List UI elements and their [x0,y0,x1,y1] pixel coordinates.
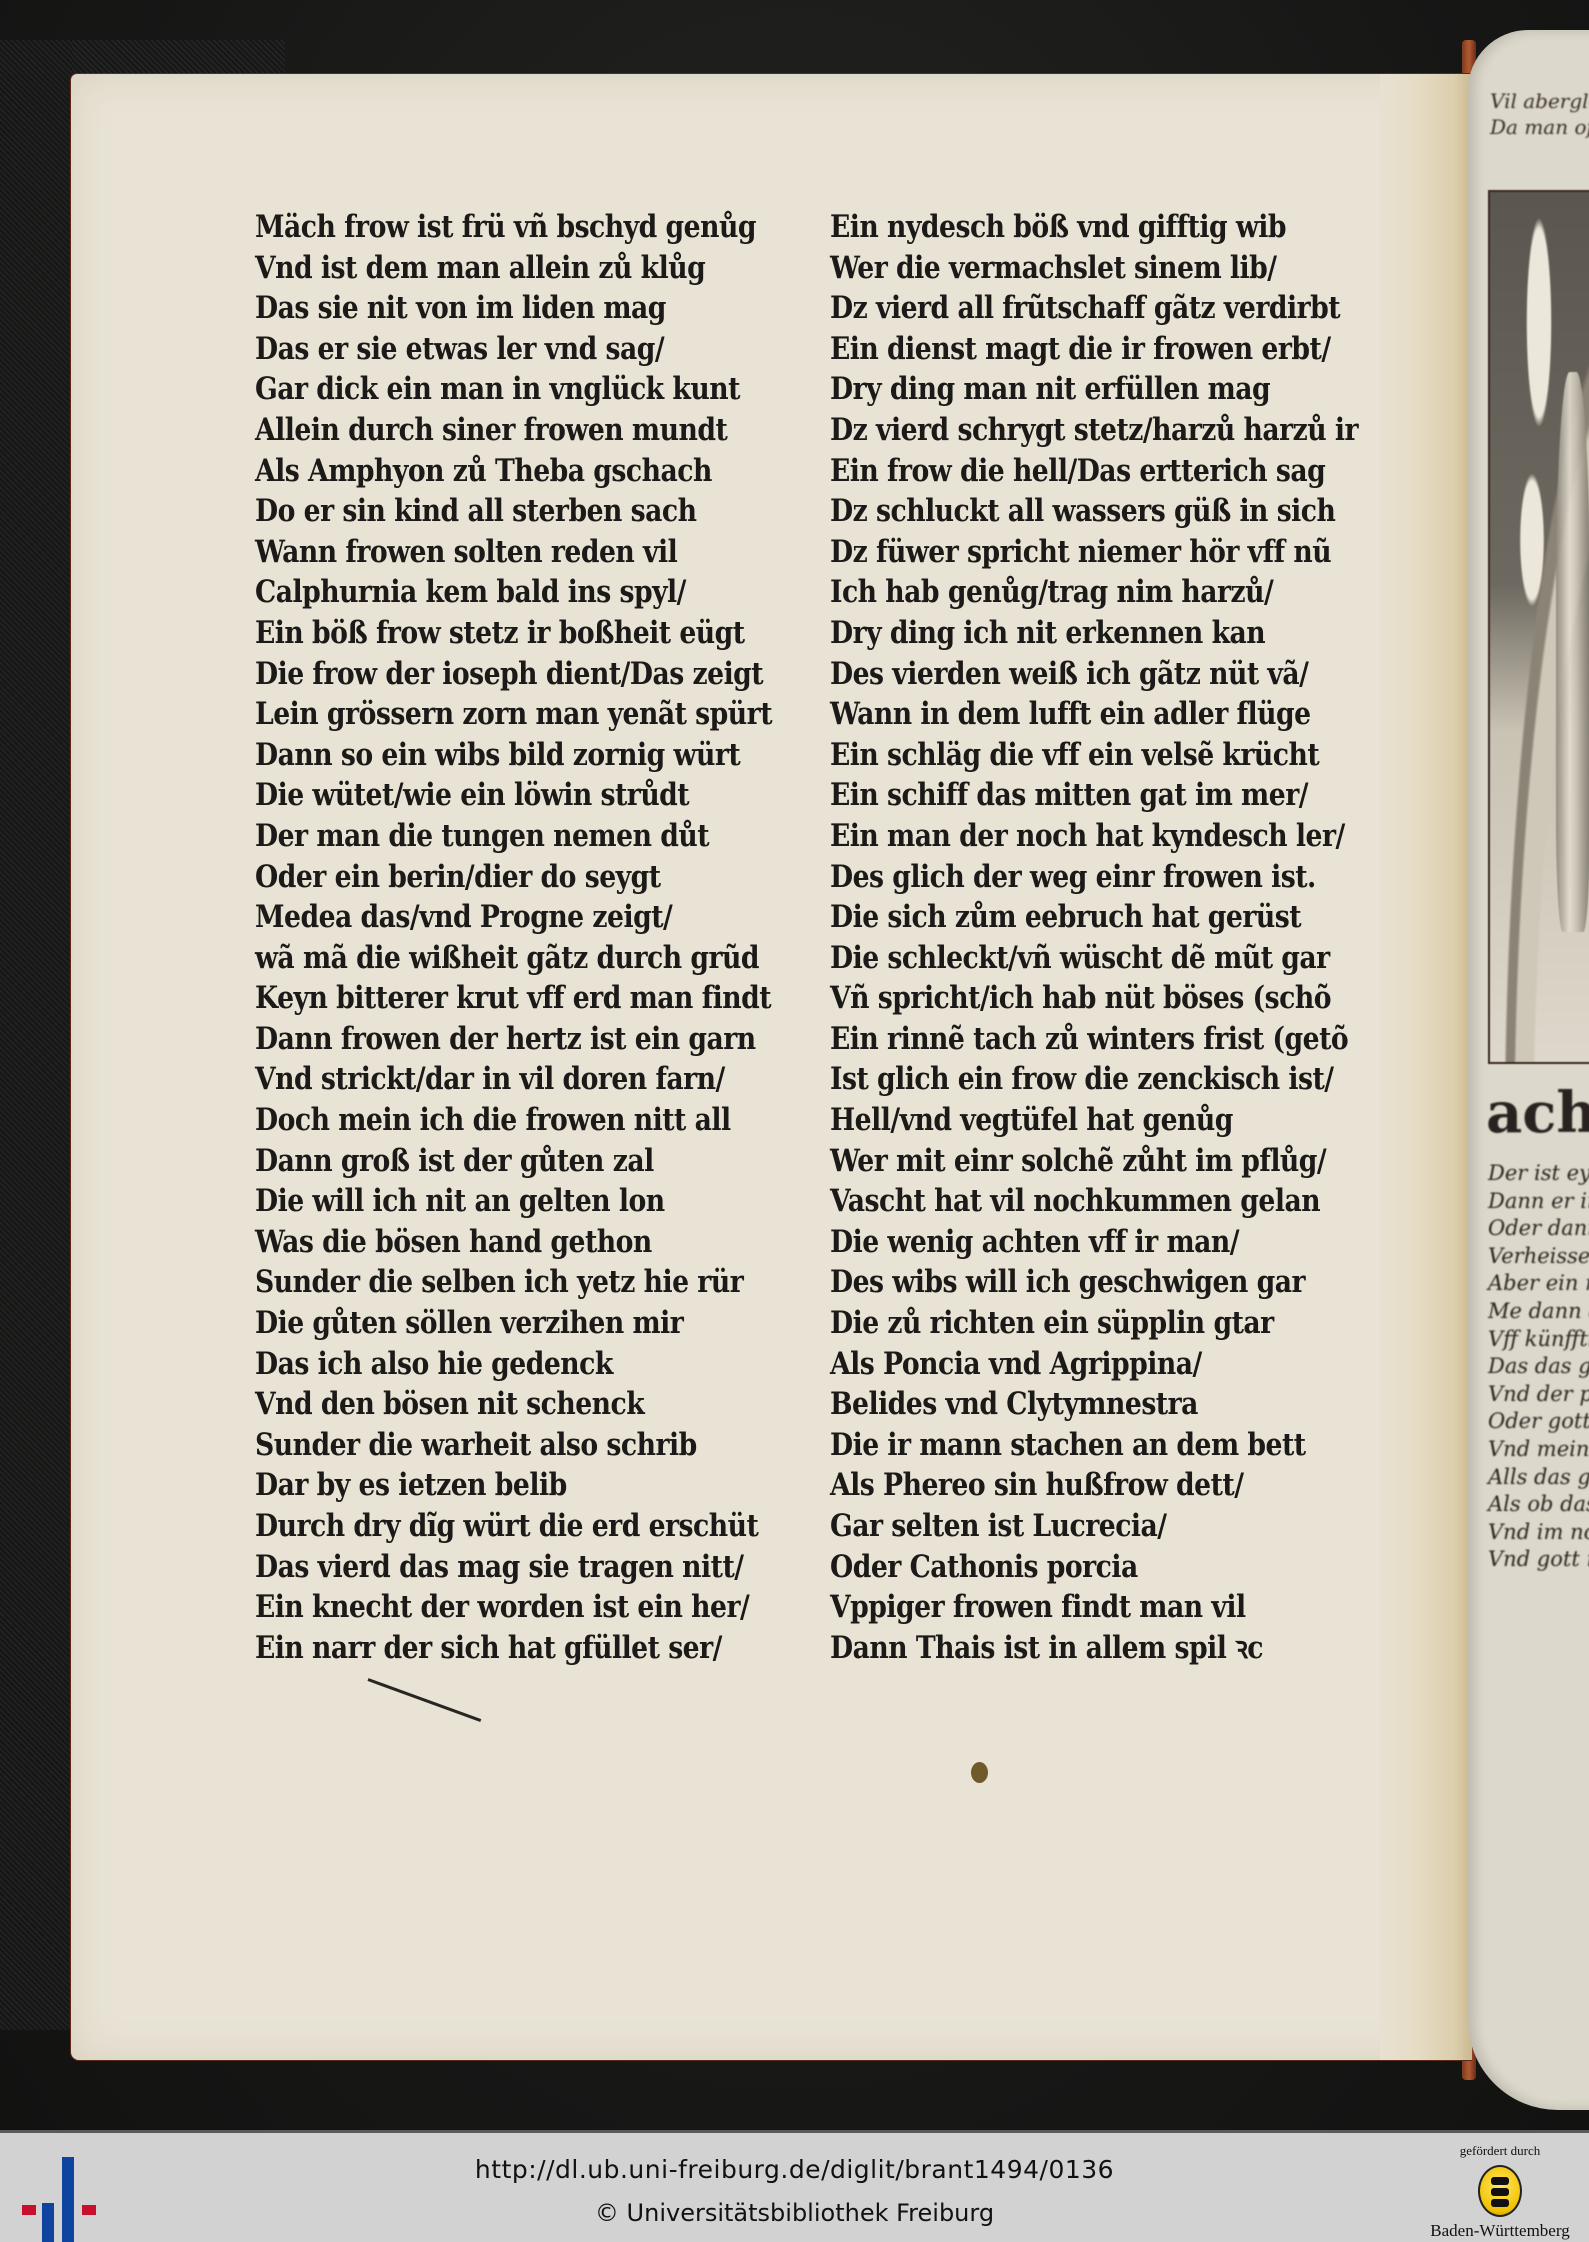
facing-page-recto: Vil abergle… Da man offe… achtũg Der ist… [1468,30,1589,2110]
verse-line: Hell/vnd vegtüfel hat genůg [830,1100,1358,1141]
verse-line: Ein rinnẽ tach zů winters frist (getõ [830,1019,1358,1060]
verse-line: Allein durch siner frowen mundt [255,410,772,451]
verse-line: Die frow der ioseph dient/Das zeigt [255,654,772,695]
verse-line: wã mã die wißheit gãtz durch grũd [255,938,772,979]
facing-line: Me dann all… [1488,1298,1589,1326]
facing-heading-line: Da man offe… [1490,114,1589,140]
verse-line: Dry ding man nit erfüllen mag [830,369,1358,410]
verse-line: Ein böß frow stetz ir boßheit eügt [255,613,772,654]
verse-line: Was die bösen hand gethon [255,1222,772,1263]
verse-line: Ein narr der sich hat gfüllet ser/ [255,1628,772,1669]
facing-page-heading: Vil abergle… Da man offe… [1490,88,1589,140]
verse-line: Vnd strickt/dar in vil doren farn/ [255,1059,772,1100]
verse-line: Dann frowen der hertz ist ein garn [255,1019,772,1060]
verse-line: Die schleckt/vñ wüscht dẽ mũt gar [830,938,1358,979]
verse-line: Dz schluckt all wassers güß in sich [830,491,1358,532]
verse-line: Keyn bitterer krut vff erd man findt [255,978,772,1019]
verse-line: Dz vierd all frũtschaff gãtz verdirbt [830,288,1358,329]
verse-line: Des wibs will ich geschwigen gar [830,1262,1358,1303]
verse-line: Ist glich ein frow die zenckisch ist/ [830,1059,1358,1100]
verse-line: Ich hab genůg/trag nim harzů/ [830,572,1358,613]
verse-line: Die will ich nit an gelten lon [255,1181,772,1222]
facing-line: Vnd meinen… [1488,1436,1589,1464]
facing-line: Vnd gott nit… [1488,1546,1589,1574]
verse-line: Durch dry dĩg würt die erd erschüt [255,1506,772,1547]
verse-line: Wann frowen solten reden vil [255,532,772,573]
facing-line: Vnd der pla… [1488,1381,1589,1409]
verse-line: Do er sin kind all sterben sach [255,491,772,532]
verse-line: Die zů richten ein süpplin gtar [830,1303,1358,1344]
verse-line: Ein man der noch hat kyndesch ler/ [830,816,1358,857]
verse-line: Das vierd das mag sie tragen nitt/ [255,1547,772,1588]
verse-line: Vascht hat vil nochkummen gelan [830,1181,1358,1222]
verse-line: Der man die tungen nemen důt [255,816,772,857]
facing-line: Das das ge… [1488,1353,1589,1381]
verse-line: Die wenig achten vff ir man/ [830,1222,1358,1263]
facing-page-title: achtũg [1486,1080,1589,1146]
verse-line: Oder Cathonis porcia [830,1547,1358,1588]
verse-line: Dann groß ist der gůten zal [255,1141,772,1182]
woodcut-illustration [1488,190,1589,1064]
verse-line: Lein grössern zorn man yenãt spürt [255,694,772,735]
facing-line: Vnd im noch… [1488,1519,1589,1547]
verse-line: Vnd den bösen nit schenck [255,1384,772,1425]
verse-line: Ein schläg die vff ein velsẽ krücht [830,735,1358,776]
verse-line: Doch mein ich die frowen nitt all [255,1100,772,1141]
facing-heading-line: Vil abergle… [1490,88,1589,114]
sponsor-name: Baden-Württemberg [1420,2221,1580,2241]
facing-line: Als ob das g… [1488,1491,1589,1519]
facing-line: Oder gott im… [1488,1408,1589,1436]
sponsor-block[interactable]: gefördert durch Baden-Württemberg [1420,2143,1580,2241]
verse-line: Als Amphyon zů Theba gschach [255,451,772,492]
verse-line: Belides vnd Clytymnestra [830,1384,1358,1425]
verse-line: Ein knecht der worden ist ein her/ [255,1587,772,1628]
verse-line: Sunder die warheit also schrib [255,1425,772,1466]
facing-page-text: Der ist eyn na…Dann er in fr…Oder dann e… [1488,1160,1589,1574]
verse-line: Ein schiff das mitten gat im mer/ [830,775,1358,816]
woodcut-tree [1556,372,1589,932]
verse-line: Die sich zům eebruch hat gerüst [830,897,1358,938]
verse-line: Die ir mann stachen an dem bett [830,1425,1358,1466]
verse-line: Als Phereo sin hußfrow dett/ [830,1465,1358,1506]
facing-line: Der ist eyn na… [1488,1160,1589,1188]
text-column-right: Ein nydesch böß vnd gifftig wibWer die v… [830,207,1444,1668]
verse-line: Dz vierd schrygt stetz/harzů harzů ir [830,410,1358,451]
verse-line: Dann Thais ist in allem spil ꝛc [830,1628,1358,1669]
verse-line: Gar selten ist Lucrecia/ [830,1506,1358,1547]
verse-line: Dry ding ich nit erkennen kan [830,613,1358,654]
verse-line: Wann in dem lufft ein adler flüge [830,694,1358,735]
verse-line: Die wütet/wie ein löwin strůdt [255,775,772,816]
facing-line: Dann er in fr… [1488,1188,1589,1216]
copyright-text: © Universitätsbibliothek Freiburg [0,2199,1589,2227]
coat-of-arms-icon [1478,2165,1522,2217]
verse-line: Sunder die selben ich yetz hie rür [255,1262,772,1303]
viewer-footer: http://dl.ub.uni-freiburg.de/diglit/bran… [0,2130,1589,2242]
facing-line: Aber ein narr… [1488,1270,1589,1298]
paper-stain [971,1762,988,1783]
verse-line: Des glich der weg einr frowen ist. [830,857,1358,898]
verse-line: Medea das/vnd Progne zeigt/ [255,897,772,938]
facing-line: Oder dann er… [1488,1215,1589,1243]
sponsor-label: gefördert durch [1420,2143,1580,2159]
verse-line: Dar by es ietzen belib [255,1465,772,1506]
verse-line: Calphurnia kem bald ins spyl/ [255,572,772,613]
verse-line: Vñ spricht/ich hab nüt böses (schõ [830,978,1358,1019]
verse-line: Ein dienst magt die ir frowen erbt/ [830,329,1358,370]
verse-line: Des vierden weiß ich gãtz nüt vã/ [830,654,1358,695]
verse-line: Das er sie etwas ler vnd sag/ [255,329,772,370]
verse-line: Dz füwer spricht niemer hör vff nũ [830,532,1358,573]
verse-line: Mäch frow ist frü vñ bschyd genůg [255,207,772,248]
verse-line: Vnd ist dem man allein zů klůg [255,248,772,289]
book-cover-cloth-left [0,40,72,2030]
facing-line: Vff künfftig… [1488,1326,1589,1354]
verse-line: Wer die vermachslet sinem lib/ [830,248,1358,289]
verse-line: Die gůten söllen verzihen mir [255,1303,772,1344]
verse-line: Gar dick ein man in vnglück kunt [255,369,772,410]
verse-line: Ein frow die hell/Das ertterich sag [830,451,1358,492]
facing-line: Alls das got… [1488,1464,1589,1492]
text-column-left: Mäch frow ist frü vñ bschyd genůgVnd ist… [255,207,856,1668]
verse-line: Ein nydesch böß vnd gifftig wib [830,207,1358,248]
verse-line: Dann so ein wibs bild zornig würt [255,735,772,776]
verse-line: Das ich also hie gedenck [255,1344,772,1385]
verse-line: Vppiger frowen findt man vil [830,1587,1358,1628]
verse-line: Das sie nit von im liden mag [255,288,772,329]
verse-line: Wer mit einr solchẽ zůht im pflůg/ [830,1141,1358,1182]
facing-line: Verheissen ist… [1488,1243,1589,1271]
verse-line: Als Poncia vnd Agrippina/ [830,1344,1358,1385]
permalink-url[interactable]: http://dl.ub.uni-freiburg.de/diglit/bran… [0,2155,1589,2184]
verse-line: Oder ein berin/dier do seygt [255,857,772,898]
